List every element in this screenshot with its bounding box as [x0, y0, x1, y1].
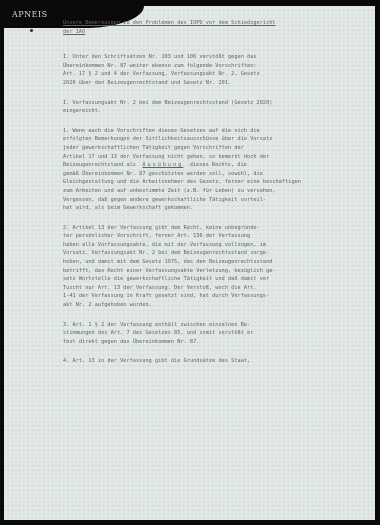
document-page: APNEIS Unsere Bemerkungen zu den Problem… [4, 6, 375, 520]
paragraph-3: 3. Art. 1 § 2 der Verfassung enthält zwi… [63, 321, 363, 347]
hole-punch-mark [30, 29, 33, 32]
scan-bottom-edge [0, 520, 380, 525]
spaced-emphasis: Ausübung [142, 162, 183, 168]
paragraph-II: I. Verfassungsakt Nr. 2 bei dem Beizeuge… [63, 99, 363, 116]
paragraph-4: 4. Art. 13 in der Verfassung gibt die Gr… [63, 357, 363, 366]
paragraph-1: 1. Wenn auch die Vorschriften dieses Ges… [63, 127, 363, 213]
archive-stamp: APNEIS [12, 10, 48, 19]
paragraph-I: I. Unter den Schriftsätzen Nr. 103 und 1… [63, 53, 363, 87]
document-body: Unsere Bemerkungen zu den Problemen des … [63, 19, 363, 377]
paragraph-2: 2. Artikel 13 der Verfassung gibt dem Re… [63, 224, 363, 310]
document-title: Unsere Bemerkungen zu den Problemen des … [63, 19, 363, 36]
